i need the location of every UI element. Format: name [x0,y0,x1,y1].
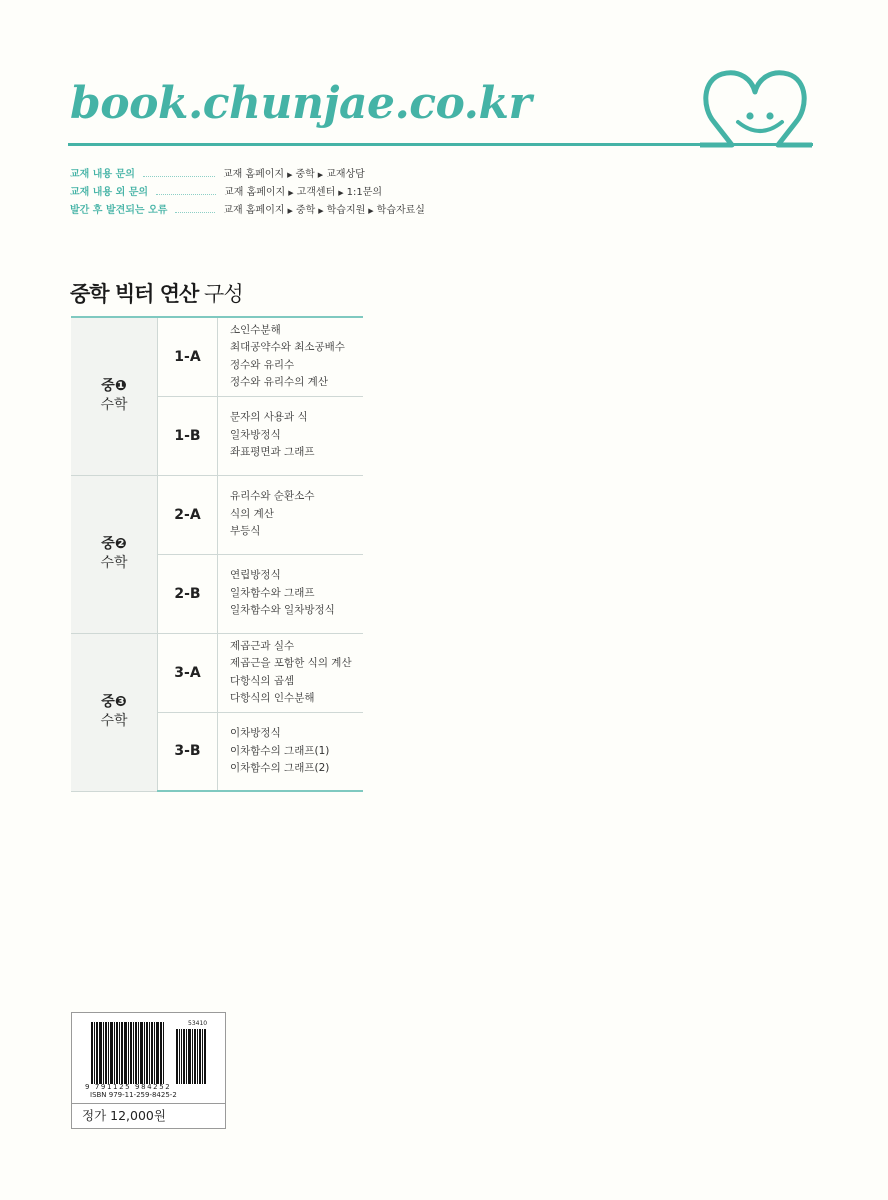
inquiry-path[interactable]: 교재 홈페이지▶중학▶교재상담 [223,166,365,184]
table-row: 중❸수학 3-A 제곱근과 실수제곱근을 포함한 식의 계산다항식의 곱셈다항식… [71,633,363,712]
volume-cell: 3-B [158,712,218,791]
inquiry-label: 발간 후 발견되는 오류 [70,202,167,220]
inquiry-row: 발간 후 발견되는 오류 교재 홈페이지▶중학▶학습지원▶학습자료실 [70,202,425,220]
addon-code: 53410 [188,1020,207,1027]
inquiry-row: 교재 내용 외 문의 교재 홈페이지▶고객센터▶1:1문의 [70,184,425,202]
heart-smiley-icon [700,66,822,148]
inquiry-row: 교재 내용 문의 교재 홈페이지▶중학▶교재상담 [70,166,425,184]
arrow-right-icon: ▶ [287,171,292,179]
isbn-barcode [91,1022,165,1084]
section-title: 중학 빅터 연산 구성 [70,278,243,308]
arrow-right-icon: ▶ [288,189,293,197]
topics-cell: 이차방정식이차함수의 그래프(1)이차함수의 그래프(2) [218,712,364,791]
leader-dots [156,194,216,195]
grade-cell: 중❶수학 [71,317,158,475]
volume-cell: 1-B [158,396,218,475]
topics-cell: 연립방정식일차함수와 그래프일차함수와 일차방정식 [218,554,364,633]
inquiry-list: 교재 내용 문의 교재 홈페이지▶중학▶교재상담 교재 내용 외 문의 교재 홈… [70,166,425,220]
table-row: 중❶수학 1-A 소인수분해최대공약수와 최소공배수정수와 유리수정수와 유리수… [71,317,363,396]
addon-barcode [176,1029,207,1084]
table-row: 중❷수학 2-A 유리수와 순환소수식의 계산부등식 [71,475,363,554]
arrow-right-icon: ▶ [368,207,373,215]
inquiry-label: 교재 내용 외 문의 [70,184,148,202]
composition-table: 중❶수학 1-A 소인수분해최대공약수와 최소공배수정수와 유리수정수와 유리수… [71,316,363,792]
volume-cell: 2-B [158,554,218,633]
topics-cell: 문자의 사용과 식일차방정식좌표평면과 그래프 [218,396,364,475]
volume-cell: 2-A [158,475,218,554]
isbn-text: ISBN 979-11-259-8425-2 [90,1091,177,1099]
arrow-right-icon: ▶ [288,207,293,215]
volume-cell: 3-A [158,633,218,712]
barcode-box: 53410 9 791125 984252 ISBN 979-11-259-84… [71,1012,226,1129]
site-url-logo[interactable]: book.chunjae.co.kr [70,82,531,126]
inquiry-path[interactable]: 교재 홈페이지▶중학▶학습지원▶학습자료실 [223,202,425,220]
arrow-right-icon: ▶ [318,207,323,215]
inquiry-label: 교재 내용 문의 [70,166,135,184]
arrow-right-icon: ▶ [338,189,343,197]
arrow-right-icon: ▶ [318,171,323,179]
volume-cell: 1-A [158,317,218,396]
price-label: 정가 12,000원 [72,1104,225,1128]
leader-dots [143,176,215,177]
topics-cell: 유리수와 순환소수식의 계산부등식 [218,475,364,554]
grade-cell: 중❷수학 [71,475,158,633]
topics-cell: 소인수분해최대공약수와 최소공배수정수와 유리수정수와 유리수의 계산 [218,317,364,396]
inquiry-path[interactable]: 교재 홈페이지▶고객센터▶1:1문의 [224,184,382,202]
barcode-digits: 9 791125 984252 [85,1083,171,1091]
topics-cell: 제곱근과 실수제곱근을 포함한 식의 계산다항식의 곱셈다항식의 인수분해 [218,633,364,712]
leader-dots [175,212,215,213]
grade-cell: 중❸수학 [71,633,158,791]
barcode-area: 53410 9 791125 984252 ISBN 979-11-259-84… [72,1013,225,1104]
